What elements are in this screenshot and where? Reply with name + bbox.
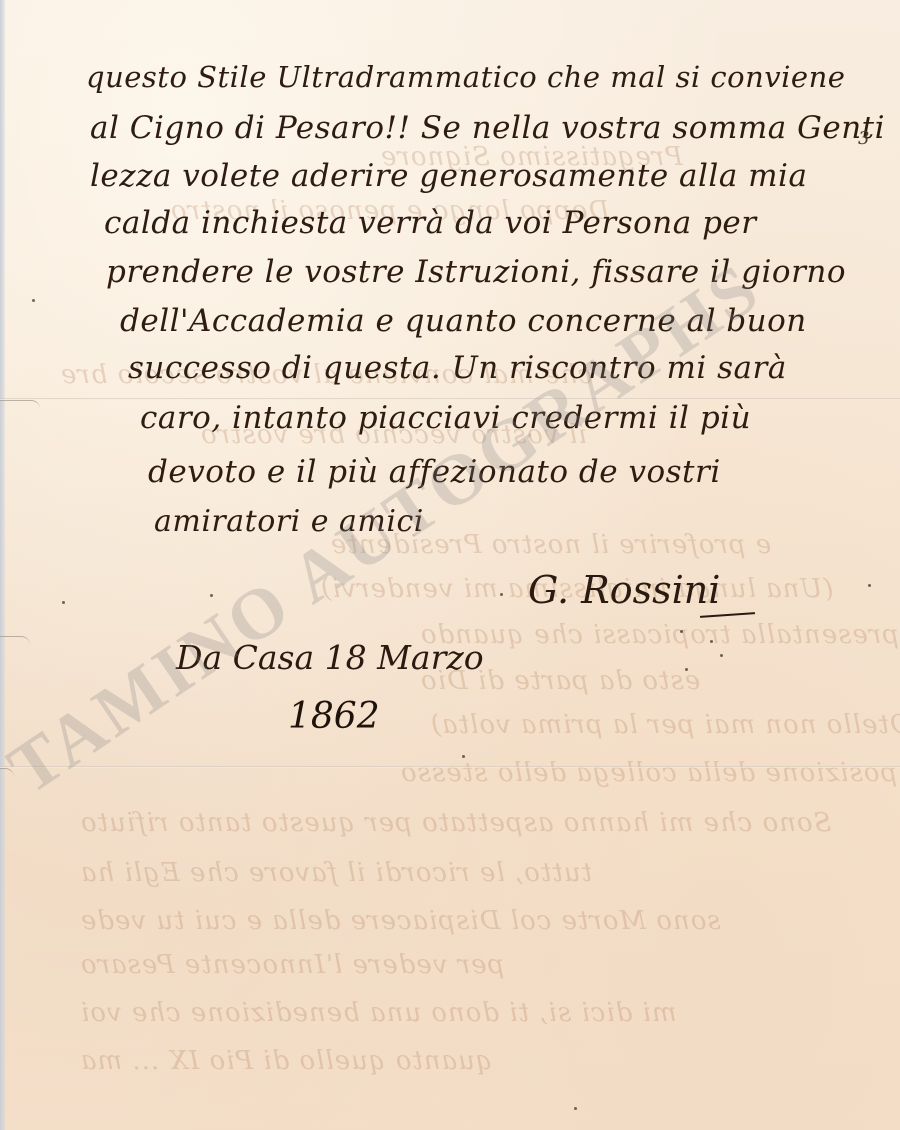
letter-line: prendere le vostre Istruzioni, fissare i… [106, 254, 846, 290]
letter-line: devoto e il più affezionato de vostri [148, 454, 721, 490]
margin-mark: 3 [858, 128, 869, 149]
dateline: Da Casa 18 Marzo [176, 638, 484, 677]
date-year: 1862 [288, 696, 380, 737]
letter-line: lezza volete aderire generosamente alla … [90, 158, 807, 194]
letter-body: questo Stile Ultradrammatico che mal si … [0, 0, 900, 1130]
letter-line: caro, intanto piacciavi credermi il più [140, 400, 751, 436]
letter-line: calda inchiesta verrà da voi Persona per [104, 205, 757, 241]
letter-line: amiratori e amici [154, 504, 424, 539]
letter-line: successo di questa. Un riscontro mi sarà [128, 350, 787, 386]
signature: G. Rossini [528, 568, 720, 612]
signature-flourish [700, 612, 755, 618]
letter-line: dell'Accademia e quanto concerne al buon [120, 303, 807, 339]
letter-line: al Cigno di Pesaro!! Se nella vostra som… [90, 110, 885, 146]
letter-line: questo Stile Ultradrammatico che mal si … [86, 60, 845, 94]
